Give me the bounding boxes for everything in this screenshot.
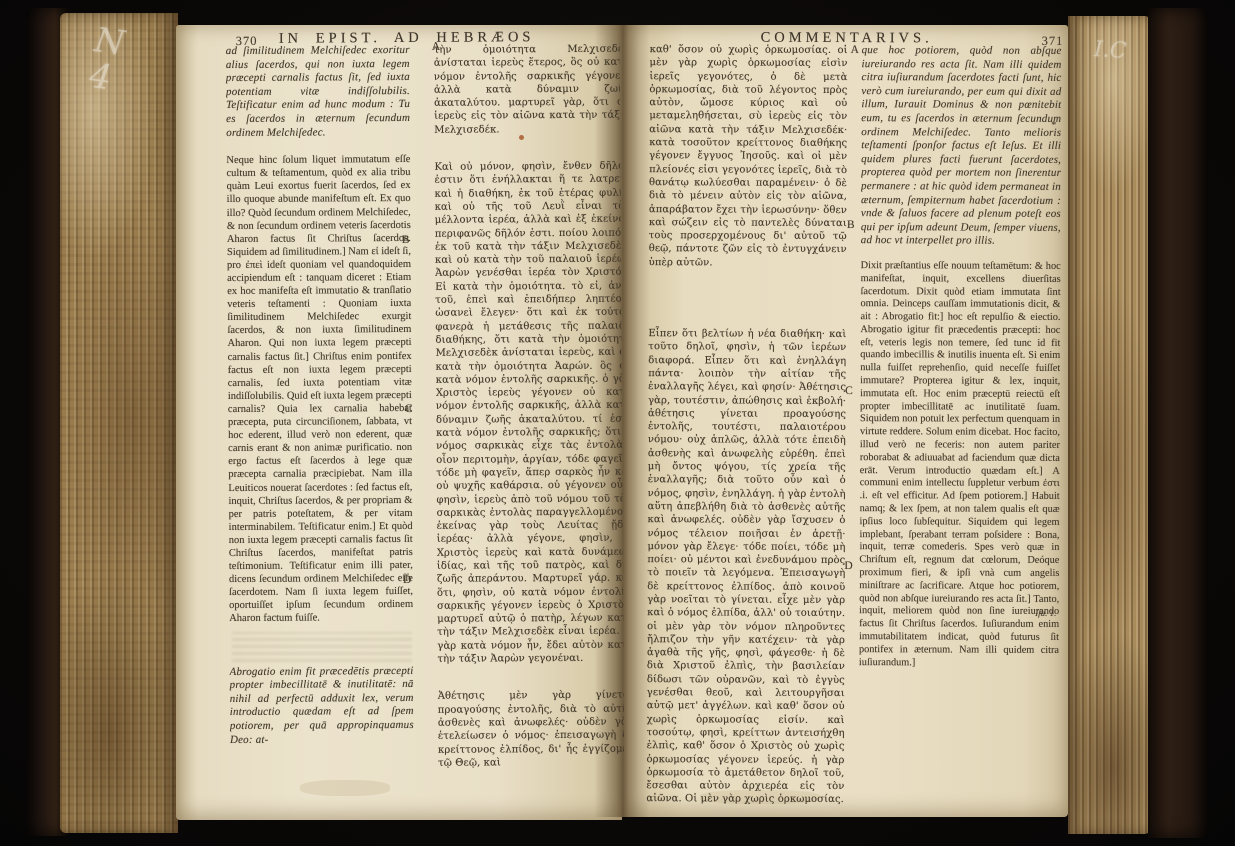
chalk-mark-right: I.C	[1093, 37, 1127, 64]
latin-commentary: Neque hinc ſolum liquet immutatum eſſe c…	[226, 153, 413, 625]
chalk-mark-left: N 4	[87, 22, 156, 102]
latin-scripture-abrogatio: Abrogatio enim fit præcedētis præcepti p…	[229, 664, 413, 747]
greek-commentary: Καὶ οὐ μόνον, φησὶν, ἔνθεν δῆλόν ἐστιν ὅ…	[434, 160, 624, 666]
latin-scripture: que hoc potiorem, quòd non abſque iureiu…	[861, 44, 1062, 249]
margin-letter-c: C	[405, 403, 413, 415]
left-page-latin-column: ad ſimilitudinem Melchiſedec exoritur al…	[226, 44, 415, 807]
latin-scripture-intro: ad ſimilitudinem Melchiſedec exoritur al…	[226, 44, 411, 140]
book-photograph: N 4 I.C 370 IN EPIST. AD HEBRÆOS ad ſimi…	[0, 0, 1235, 846]
margin-asterisk: *	[1051, 120, 1056, 131]
margin-letter-d: D	[844, 560, 852, 572]
right-page: 371 COMMENTARIVS. καθ' ὅσον οὐ χωρὶς ὁρκ…	[620, 24, 1069, 818]
left-page-greek-column: τὴν ὁμοιότητα Μελχισεδὲκ ἀνίσταται ἱερεὺ…	[434, 43, 625, 806]
right-page-fore-edge	[1068, 16, 1150, 834]
right-page-greek-column: καθ' ὅσον οὐ χωρὶς ὁρκωμοσίας. οἱ μὲν γὰ…	[646, 43, 847, 806]
left-page-fore-edge	[60, 13, 178, 833]
margin-letter-b: B	[847, 219, 855, 231]
left-page: 370 IN EPIST. AD HEBRÆOS ad ſimilitudine…	[174, 24, 625, 822]
greek-scripture-top: τὴν ὁμοιότητα Μελχισεδὲκ ἀνίσταται ἱερεὺ…	[434, 43, 625, 137]
margin-letter-c: C	[845, 385, 853, 397]
margin-letter-a: A	[851, 44, 859, 56]
margin-letter-d: D	[403, 574, 411, 586]
greek-scripture-top: καθ' ὅσον οὐ χωρὶς ὁρκωμοσίας. οἱ μὲν γὰ…	[649, 43, 848, 270]
margin-letter-b: B	[402, 234, 410, 246]
right-book-cover	[1148, 8, 1208, 838]
latin-commentary: Dixit præſtantius eſſe nouum teſtamētum:…	[859, 260, 1061, 670]
margin-letter-a: A	[432, 41, 440, 53]
greek-commentary: Εἶπεν ὅτι βελτίων ἡ νέα διαθήκη· καὶ τοῦ…	[646, 327, 846, 806]
greek-scripture-bottom: Ἀθέτησις μὲν γὰρ γίνεται προαγούσης ἐντο…	[438, 689, 625, 770]
margin-note-isaiah: Iſa. 1.	[1035, 608, 1056, 618]
right-page-latin-column: que hoc potiorem, quòd non abſque iureiu…	[858, 44, 1061, 807]
